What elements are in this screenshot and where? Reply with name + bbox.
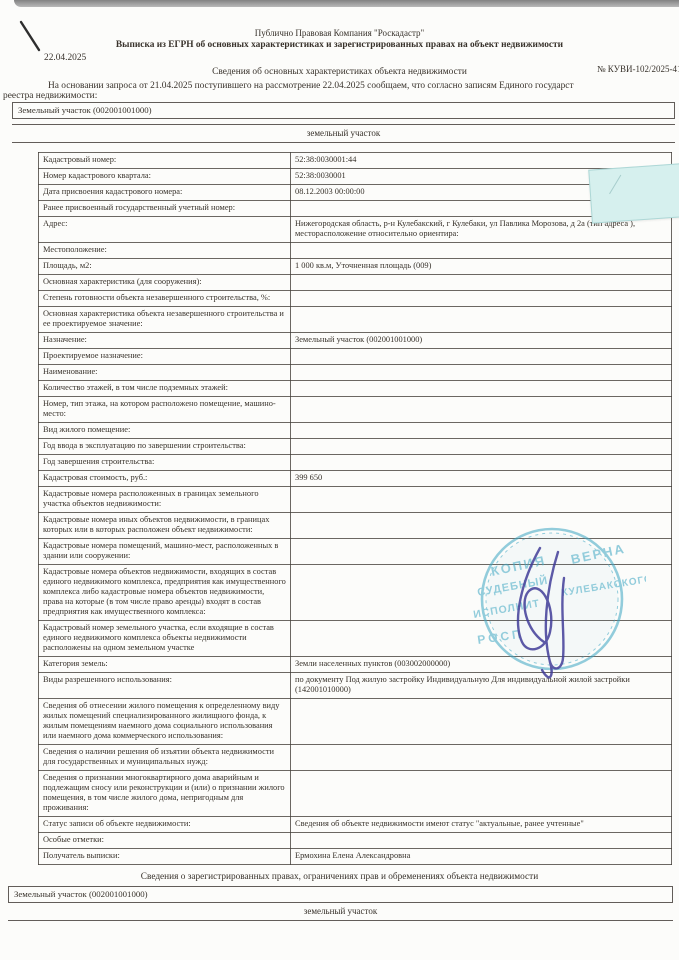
table-row: Проектируемое назначение: [39,349,672,365]
scan-edge-shadow [14,0,679,7]
sticky-note [588,162,679,223]
row-label: Особые отметки: [39,833,291,849]
document-number: № КУВИ-102/2025-41: [597,64,679,74]
row-label: Кадастровый номер земельного участка, ес… [39,621,291,657]
row-label: Кадастровая стоимость, руб.: [39,471,291,487]
row-value: 1 000 кв.м, Уточненная площадь (009) [291,259,672,275]
table-row: Основная характеристика объекта незаверш… [39,307,672,333]
section-title-rights: Сведения о зарегистрированных правах, ог… [0,872,679,882]
table-row: Степень готовности объекта незавершенног… [39,291,672,307]
table-row: Сведения о признании многоквартирного до… [39,771,672,817]
table-row: Кадастровые номера расположенных в грани… [39,487,672,513]
row-value [291,365,672,381]
table-row: Ранее присвоенный государственный учетны… [39,201,672,217]
row-value [291,397,672,423]
row-label: Дата присвоения кадастрового номера: [39,185,291,201]
table-row: Площадь, м2: 1 000 кв.м, Уточненная площ… [39,259,672,275]
section-title-characteristics: Сведения об основных характеристиках объ… [0,67,679,77]
row-label: Номер, тип этажа, на котором расположено… [39,397,291,423]
object-type-band: земельный участок [12,124,675,143]
intro-paragraph-line2: реестра недвижимости: [3,91,679,101]
rights-object-type-band: земельный участок [8,903,673,921]
table-row: Год завершения строительства: [39,455,672,471]
row-label: Кадастровые номера помещений, машино-мес… [39,539,291,565]
row-value: Ермохина Елена Александровна [291,849,672,865]
table-row: Статус записи об объекте недвижимости: С… [39,817,672,833]
table-row: Год ввода в эксплуатацию по завершении с… [39,439,672,455]
row-value [291,275,672,291]
row-value [291,307,672,333]
row-value: 399 650 [291,471,672,487]
row-label: Кадастровый номер: [39,153,291,169]
details-table-body: Кадастровый номер: 52:38:0030001:44 Номе… [39,153,672,865]
table-row: Адрес: Нижегородская область, р-н Кулеба… [39,217,672,243]
row-label: Год завершения строительства: [39,455,291,471]
table-row: Вид жилого помещение: [39,423,672,439]
document-title: Выписка из ЕГРН об основных характеристи… [0,40,679,50]
row-label: Категория земель: [39,657,291,673]
row-value [291,349,672,365]
row-label: Сведения о признании многоквартирного до… [39,771,291,817]
table-row: Кадастровая стоимость, руб.: 399 650 [39,471,672,487]
table-row: Количество этажей, в том числе подземных… [39,381,672,397]
row-value [291,381,672,397]
row-label: Степень готовности объекта незавершенног… [39,291,291,307]
row-label: Назначение: [39,333,291,349]
row-label: Кадастровые номера расположенных в грани… [39,487,291,513]
table-row: Номер кадастрового квартала: 52:38:00300… [39,169,672,185]
document-date: 22.04.2025 [44,53,86,63]
row-label: Получатель выписки: [39,849,291,865]
row-value [291,423,672,439]
table-row: Сведения о наличии решения об изъятии об… [39,745,672,771]
scanned-document-page: Публично Правовая Компания "Роскадастр" … [0,0,679,960]
row-value [291,291,672,307]
table-row: Наименование: [39,365,672,381]
row-value [291,243,672,259]
row-label: Номер кадастрового квартала: [39,169,291,185]
table-row: Дата присвоения кадастрового номера: 08.… [39,185,672,201]
row-label: Количество этажей, в том числе подземных… [39,381,291,397]
table-row: Кадастровый номер: 52:38:0030001:44 [39,153,672,169]
row-value [291,455,672,471]
row-label: Сведения о наличии решения об изъятии об… [39,745,291,771]
details-table: Кадастровый номер: 52:38:0030001:44 Номе… [38,152,672,865]
row-label: Основная характеристика (для сооружения)… [39,275,291,291]
row-label: Вид жилого помещение: [39,423,291,439]
row-label: Статус записи об объекте недвижимости: [39,817,291,833]
row-value [291,487,672,513]
row-label: Наименование: [39,365,291,381]
row-value: Земельный участок (002001001000) [291,333,672,349]
row-value [291,771,672,817]
table-row: Основная характеристика (для сооружения)… [39,275,672,291]
row-value [291,439,672,455]
object-kind-box: Земельный участок (002001001000) [12,102,675,119]
row-label: Местоположение: [39,243,291,259]
table-row: Назначение: Земельный участок (002001001… [39,333,672,349]
organization-name: Публично Правовая Компания "Роскадастр" [0,28,679,38]
intro-paragraph-line1: На основании запроса от 21.04.2025 посту… [3,81,679,91]
row-value [291,745,672,771]
table-row: Местоположение: [39,243,672,259]
row-value: Сведения об объекте недвижимости имеют с… [291,817,672,833]
row-label: Сведения об отнесении жилого помещения к… [39,699,291,745]
sticky-note-mark [609,175,643,208]
row-label: Площадь, м2: [39,259,291,275]
row-label: Проектируемое назначение: [39,349,291,365]
table-row: Особые отметки: [39,833,672,849]
rights-object-kind-box: Земельный участок (002001001000) [8,886,673,903]
row-label: Кадастровые номера иных объектов недвижи… [39,513,291,539]
row-label: Год ввода в эксплуатацию по завершении с… [39,439,291,455]
row-label: Адрес: [39,217,291,243]
row-value [291,833,672,849]
row-label: Ранее присвоенный государственный учетны… [39,201,291,217]
table-row: Получатель выписки: Ермохина Елена Алекс… [39,849,672,865]
row-label: Виды разрешенного использования: [39,673,291,699]
row-value [291,699,672,745]
row-value: 52:38:0030001:44 [291,153,672,169]
row-label: Кадастровые номера объектов недвижимости… [39,565,291,621]
copy-certification-stamp: КОПИЯ ВЕРНА СУДЕБНЫЙ ИСПОЛНИТ КУЛЕБАКСКО… [470,520,646,690]
table-row: Номер, тип этажа, на котором расположено… [39,397,672,423]
table-row: Сведения об отнесении жилого помещения к… [39,699,672,745]
row-label: Основная характеристика объекта незаверш… [39,307,291,333]
